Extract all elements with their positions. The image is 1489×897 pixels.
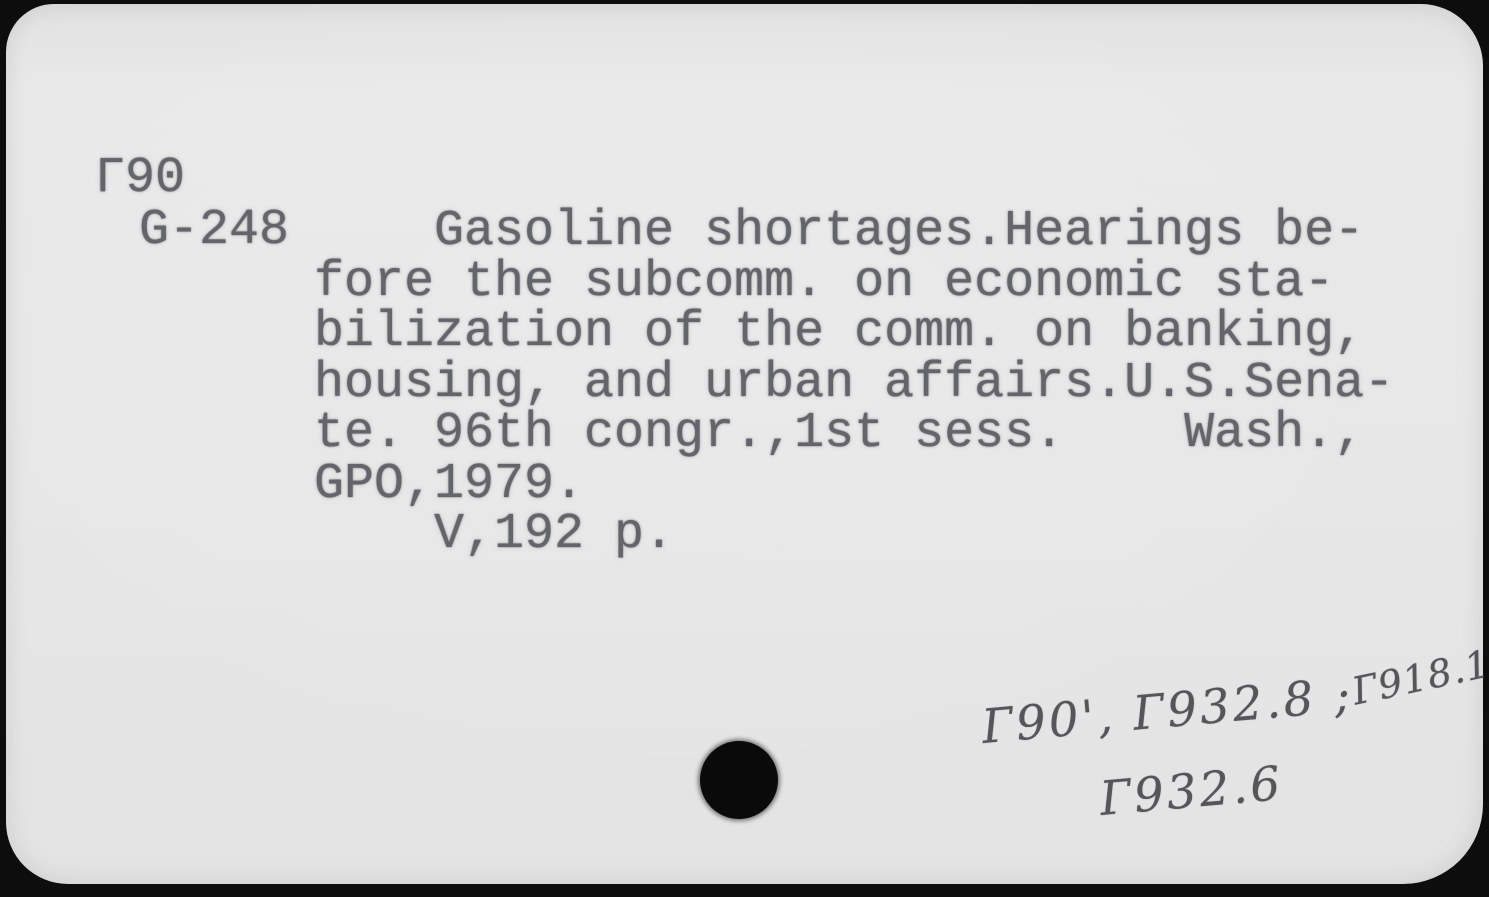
- handwritten-shelf-marks-line2: Г932.6: [1098, 756, 1286, 827]
- entry-line: te. 96th congr.,1st sess. Wash.,: [314, 409, 1394, 460]
- entry-line: V,192 p.: [314, 510, 1394, 561]
- entry-line: housing, and urban affairs.U.S.Sena-: [314, 359, 1394, 410]
- entry-line: bilization of the comm. on banking,: [314, 308, 1394, 359]
- hole-punch: [700, 741, 778, 819]
- entry-line: Gasoline shortages.Hearings be-: [314, 207, 1394, 258]
- entry-line: fore the subcomm. on economic sta-: [314, 258, 1394, 309]
- shelf-mark-main: Г90', Г932.8 ;: [980, 668, 1356, 755]
- handwritten-shelf-marks-line1: Г90', Г932.8 ;Г918.1: [980, 655, 1489, 754]
- bibliographic-entry: Gasoline shortages.Hearings be- fore the…: [314, 207, 1394, 561]
- entry-line: GPO,1979.: [314, 460, 1394, 511]
- call-number-class-mark: Г90: [95, 154, 185, 204]
- call-number-author-mark: G-248: [139, 206, 289, 256]
- scanned-card-photo: Г90 G-248 Gasoline shortages.Hearings be…: [0, 0, 1489, 897]
- shelf-mark-added: Г918.1: [1348, 641, 1489, 713]
- library-catalog-card: Г90 G-248 Gasoline shortages.Hearings be…: [6, 4, 1483, 884]
